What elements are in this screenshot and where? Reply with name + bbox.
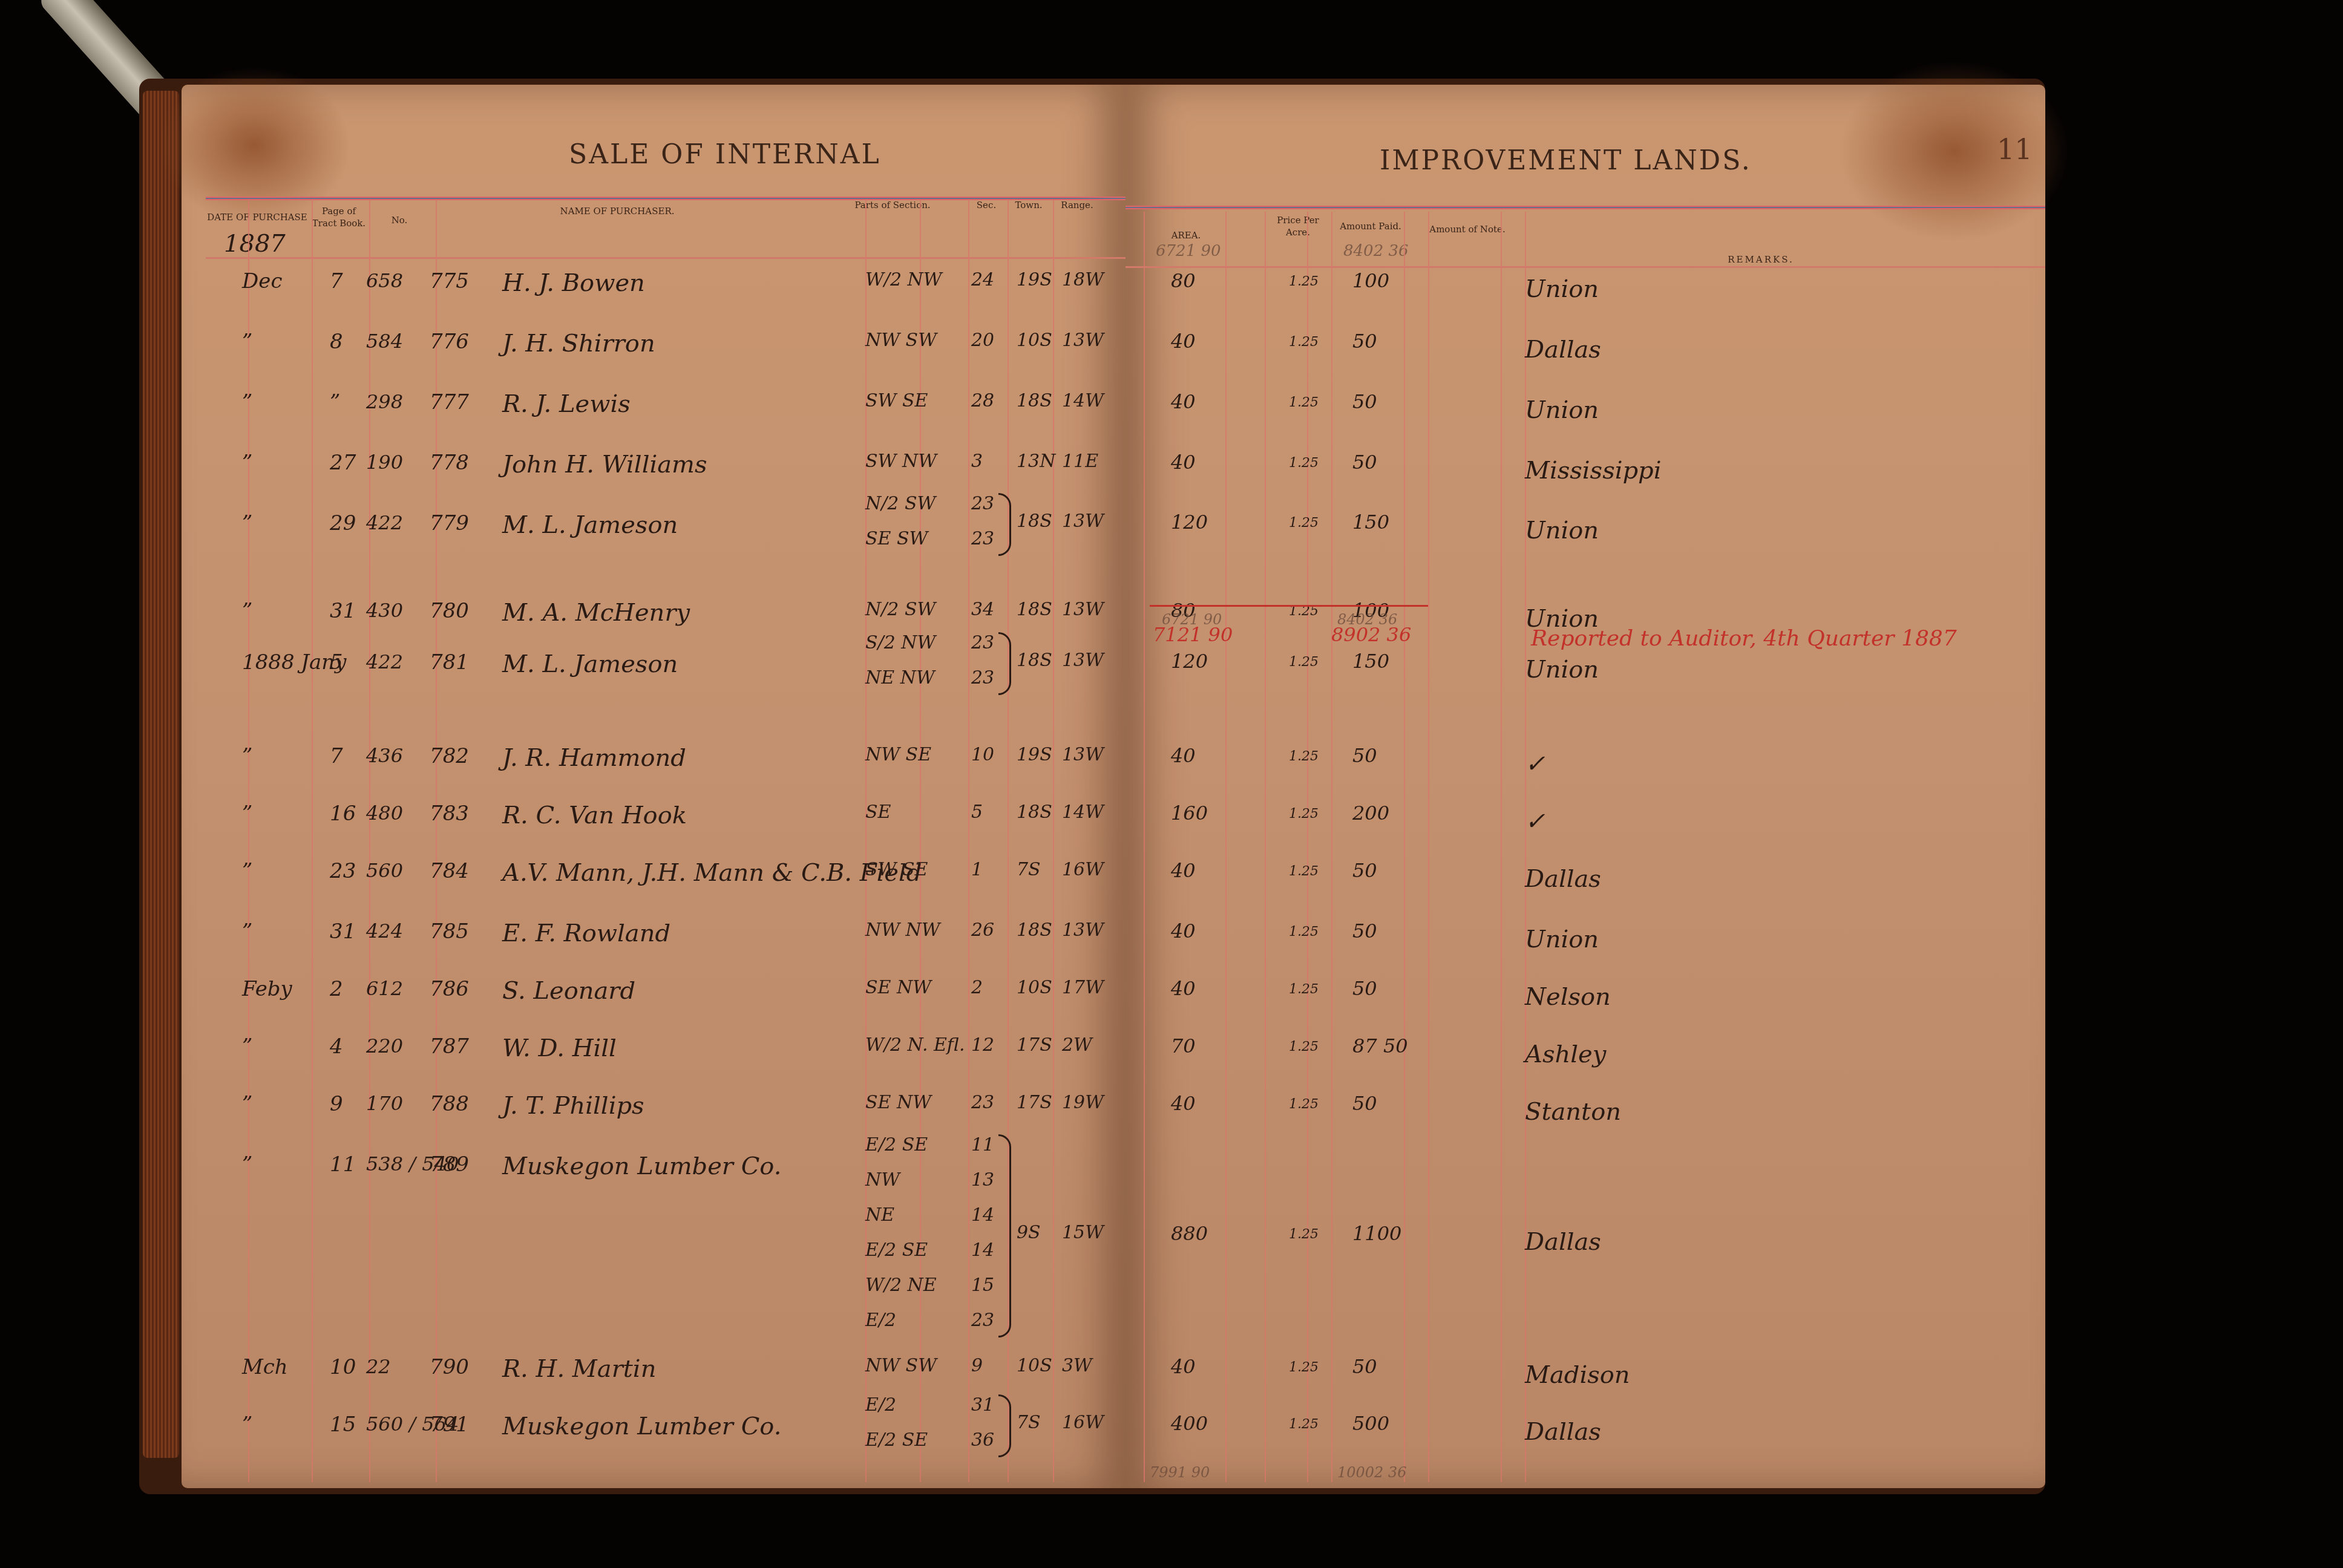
entry-purchaser-name: J. T. Phillips [502, 1092, 644, 1120]
entry-parts-of-section: NW SW [865, 330, 937, 351]
total-rule [1150, 605, 1428, 607]
entry-number: 782 [430, 744, 469, 768]
entry-section: 28 [971, 390, 994, 411]
entry-tract-page: 436 [366, 744, 403, 767]
entry-price-per-acre: 1.25 [1289, 395, 1319, 410]
entry-range: 13W [1062, 330, 1104, 351]
entry-price-per-acre: 1.25 [1289, 1097, 1319, 1112]
entry-amount-paid: 87 50 [1352, 1034, 1408, 1057]
entry-purchaser-name: J. R. Hammond [502, 744, 686, 772]
entry-number: 786 [430, 977, 469, 1001]
entry-day: 31 [330, 599, 356, 623]
entry-amount-paid: 50 [1352, 451, 1377, 474]
entry-town: 10S [1017, 330, 1052, 351]
page-edges [143, 91, 179, 1458]
entry-parts-of-section: SE NW [865, 977, 931, 998]
entry-day: 7 [330, 269, 343, 293]
entry-month: ” [242, 802, 252, 826]
entry-remark-county: Nelson [1525, 983, 1611, 1011]
entry-price-per-acre: 1.25 [1289, 924, 1319, 939]
entry-range: 14W [1062, 390, 1104, 411]
entry-remark-county: ✓ [1525, 808, 1545, 835]
entry-month: ” [242, 859, 252, 883]
brace-mark [998, 1134, 1011, 1338]
entry-number: 778 [430, 451, 469, 475]
entry-parts-of-section: W/2 NW [865, 269, 942, 290]
carried-area: 6721 90 [1156, 242, 1221, 260]
entry-area: 40 [1171, 1355, 1196, 1378]
entry-town: 10S [1017, 1355, 1052, 1376]
entry-remark-county: Madison [1525, 1361, 1630, 1389]
entry-purchaser-name: Muskegon Lumber Co. [502, 1152, 781, 1180]
entry-range: 13W [1062, 511, 1104, 532]
entry-section: 9 [971, 1355, 983, 1376]
title-left: SALE OF INTERNAL [569, 139, 881, 170]
entry-month: Mch [242, 1355, 288, 1379]
entry-purchaser-name: M. L. Jameson [502, 511, 678, 539]
entry-range: 19W [1062, 1092, 1104, 1113]
entry-area: 880 [1171, 1222, 1208, 1245]
header-parts: Parts of Section. [820, 200, 965, 212]
entry-day: 2 [330, 977, 343, 1001]
entry-number: 783 [430, 802, 469, 826]
entry-purchaser-name: A.V. Mann, J.H. Mann & C.B. Field [502, 859, 922, 887]
entry-tract-page: 424 [366, 920, 403, 942]
entry-parts-of-section: N/2 SW [865, 493, 936, 514]
entry-tract-page: 190 [366, 451, 403, 474]
header-paid: Amount Paid. [1334, 221, 1407, 233]
entry-price-per-acre: 1.25 [1289, 1360, 1319, 1375]
entry-range: 15W [1062, 1222, 1104, 1243]
brace-mark [998, 1394, 1011, 1457]
entry-price-per-acre: 1.25 [1289, 806, 1319, 822]
entry-area: 40 [1171, 977, 1196, 1000]
entry-number: 788 [430, 1092, 469, 1116]
entry-parts-of-section: S/2 NW [865, 632, 936, 653]
entry-purchaser-name: M. A. McHenry [502, 599, 690, 627]
total-area-red: 7121 90 [1153, 623, 1233, 646]
entry-range: 13W [1062, 920, 1104, 941]
entry-purchaser-name: Muskegon Lumber Co. [502, 1413, 781, 1440]
entry-price-per-acre: 1.25 [1289, 274, 1319, 289]
entry-amount-paid: 50 [1352, 920, 1377, 942]
entry-section: 2 [971, 977, 983, 998]
entry-tract-page: 584 [366, 330, 403, 353]
entry-remark-county: ✓ [1525, 750, 1545, 778]
entry-section: 12 [971, 1034, 994, 1056]
entry-month: ” [242, 1092, 252, 1116]
entry-month: Feby [242, 977, 292, 1001]
entry-amount-paid: 100 [1352, 269, 1389, 292]
entry-number: 791 [430, 1413, 469, 1437]
entry-tract-page: 612 [366, 977, 403, 1000]
entry-town: 18S [1017, 802, 1052, 823]
entry-town: 9S [1017, 1222, 1041, 1243]
entry-day: 15 [330, 1413, 356, 1437]
entry-area: 120 [1171, 511, 1208, 534]
entry-section: 31 [971, 1394, 994, 1416]
bottom-subtotal-paid: 10002 36 [1337, 1464, 1407, 1481]
entry-price-per-acre: 1.25 [1289, 456, 1319, 471]
entry-remark-county: Union [1525, 926, 1599, 953]
entry-price-per-acre: 1.25 [1289, 515, 1319, 531]
header-note: Amount of Note. [1428, 224, 1507, 236]
entry-range: 18W [1062, 269, 1104, 290]
entry-parts-of-section: SW NW [865, 451, 937, 472]
entry-number: 781 [430, 650, 469, 675]
entry-tract-page: 560 [366, 859, 403, 882]
entry-section: 5 [971, 802, 983, 823]
entry-day: 7 [330, 744, 343, 768]
entry-remark-county: Stanton [1525, 1098, 1621, 1126]
entry-section: 23 [971, 1310, 994, 1331]
entry-number: 777 [430, 390, 469, 414]
entry-tract-page: 422 [366, 511, 403, 534]
entry-remark-county: Mississippi [1525, 457, 1661, 485]
entry-tract-page: 220 [366, 1034, 403, 1057]
entry-range: 11E [1062, 451, 1098, 472]
entry-price-per-acre: 1.25 [1289, 1417, 1319, 1432]
entry-month: ” [242, 744, 252, 768]
entry-number: 787 [430, 1034, 469, 1059]
entry-day: 5 [330, 650, 343, 675]
entry-parts-of-section: NW SE [865, 744, 931, 765]
entry-section: 36 [971, 1429, 994, 1451]
entry-tract-page: 480 [366, 802, 403, 825]
entry-town: 19S [1017, 269, 1052, 290]
entry-range: 3W [1062, 1355, 1092, 1376]
entry-month: ” [242, 1034, 252, 1059]
entry-section: 23 [971, 632, 994, 653]
entry-day: 16 [330, 802, 356, 826]
entry-remark-county: Dallas [1525, 865, 1601, 893]
entry-parts-of-section: SW SE [865, 390, 928, 411]
entry-town: 19S [1017, 744, 1052, 765]
entry-tract-page: 22 [366, 1355, 391, 1378]
entry-range: 16W [1062, 1412, 1104, 1433]
entry-month: ” [242, 451, 252, 475]
entry-amount-paid: 150 [1352, 511, 1389, 534]
header-name: NAME OF PURCHASER. [436, 206, 799, 218]
entry-amount-paid: 50 [1352, 859, 1377, 882]
entry-town: 17S [1017, 1034, 1052, 1056]
entry-amount-paid: 500 [1352, 1412, 1389, 1435]
entry-area: 40 [1171, 744, 1196, 767]
entry-range: 2W [1062, 1034, 1092, 1056]
entry-town: 10S [1017, 977, 1052, 998]
entry-parts-of-section: SE NW [865, 1092, 931, 1113]
header-date: DATE OF PURCHASE [206, 212, 309, 224]
entry-remark-county: Dallas [1525, 1228, 1601, 1256]
entry-town: 7S [1017, 1412, 1041, 1433]
entry-town: 18S [1017, 650, 1052, 671]
entry-amount-paid: 50 [1352, 330, 1377, 353]
entry-purchaser-name: J. H. Shirron [502, 330, 655, 358]
entry-range: 16W [1062, 859, 1104, 880]
entry-section: 14 [971, 1204, 994, 1226]
entry-parts-of-section: NW [865, 1169, 900, 1191]
entry-price-per-acre: 1.25 [1289, 982, 1319, 997]
header-range: Range. [1053, 200, 1101, 212]
entry-tract-page: 430 [366, 599, 403, 622]
title-right: IMPROVEMENT LANDS. [1380, 145, 1752, 176]
header-price: Price Per Acre. [1265, 215, 1331, 238]
entry-parts-of-section: E/2 SE [865, 1134, 928, 1155]
entry-section: 14 [971, 1240, 994, 1261]
entry-amount-paid: 150 [1352, 650, 1389, 673]
entry-price-per-acre: 1.25 [1289, 864, 1319, 879]
entry-purchaser-name: H. J. Bowen [502, 269, 645, 297]
entry-area: 40 [1171, 390, 1196, 413]
entry-parts-of-section: W/2 N. Efl. [865, 1034, 965, 1056]
header-no: No. [369, 215, 430, 227]
total-paid-red: 8902 36 [1331, 623, 1411, 646]
entry-amount-paid: 50 [1352, 744, 1377, 767]
entry-tract-page: 170 [366, 1092, 403, 1115]
entry-month: ” [242, 1152, 252, 1177]
entry-number: 775 [430, 269, 469, 293]
entry-parts-of-section: NE NW [865, 667, 935, 688]
entry-remark-county: Union [1525, 275, 1599, 303]
entry-town: 17S [1017, 1092, 1052, 1113]
entry-day: 10 [330, 1355, 356, 1379]
entry-month: Dec [242, 269, 282, 293]
entry-amount-paid: 1100 [1352, 1222, 1401, 1245]
entry-range: 17W [1062, 977, 1104, 998]
entry-purchaser-name: R. J. Lewis [502, 390, 631, 418]
entry-range: 13W [1062, 744, 1104, 765]
entry-number: 776 [430, 330, 469, 354]
entry-day: 8 [330, 330, 343, 354]
entry-remark-county: Ashley [1525, 1040, 1606, 1068]
entry-area: 120 [1171, 650, 1208, 673]
entry-section: 26 [971, 920, 994, 941]
entry-parts-of-section: NW SW [865, 1355, 937, 1376]
entry-number: 790 [430, 1355, 469, 1379]
page-number: 11 [1997, 133, 2033, 166]
entry-remark-county: Dallas [1525, 336, 1601, 364]
quarter-report-remark: Reported to Auditor, 4th Quarter 1887 [1531, 626, 1957, 651]
entry-remark-county: Union [1525, 656, 1599, 684]
entry-parts-of-section: SE SW [865, 528, 928, 549]
entry-number: 784 [430, 859, 469, 883]
entry-area: 40 [1171, 1092, 1196, 1115]
entry-amount-paid: 50 [1352, 390, 1377, 413]
entry-day: 9 [330, 1092, 343, 1116]
entry-section: 23 [971, 667, 994, 688]
entry-town: 13N [1017, 451, 1055, 472]
header-town: Town. [1008, 200, 1050, 212]
entry-area: 40 [1171, 451, 1196, 474]
entry-area: 160 [1171, 802, 1208, 825]
entry-day: ” [330, 390, 340, 414]
entry-parts-of-section: SW SE [865, 859, 928, 880]
entry-parts-of-section: NE [865, 1204, 894, 1226]
entry-amount-paid: 50 [1352, 977, 1377, 1000]
entry-day: 4 [330, 1034, 343, 1059]
entry-price-per-acre: 1.25 [1289, 1227, 1319, 1242]
entry-range: 14W [1062, 802, 1104, 823]
header-sec: Sec. [968, 200, 1004, 212]
entry-area: 400 [1171, 1412, 1208, 1435]
entry-parts-of-section: SE [865, 802, 891, 823]
entry-range: 13W [1062, 599, 1104, 620]
entry-purchaser-name: R. H. Martin [502, 1355, 656, 1383]
entry-town: 18S [1017, 511, 1052, 532]
entry-purchaser-name: John H. Williams [502, 451, 707, 479]
entry-town: 7S [1017, 859, 1041, 880]
entry-section: 23 [971, 528, 994, 549]
entry-month: ” [242, 330, 252, 354]
entry-parts-of-section: W/2 NE [865, 1275, 937, 1296]
entry-section: 23 [971, 493, 994, 514]
year-header: 1887 [224, 230, 286, 258]
entry-purchaser-name: M. L. Jameson [502, 650, 678, 678]
entry-amount-paid: 200 [1352, 802, 1389, 825]
entry-section: 13 [971, 1169, 994, 1191]
entry-remark-county: Union [1525, 396, 1599, 424]
entry-area: 70 [1171, 1034, 1196, 1057]
entry-range: 13W [1062, 650, 1104, 671]
entry-purchaser-name: S. Leonard [502, 977, 635, 1005]
entry-price-per-acre: 1.25 [1289, 335, 1319, 350]
entry-purchaser-name: E. F. Rowland [502, 920, 670, 947]
brace-mark [998, 632, 1011, 695]
entry-parts-of-section: N/2 SW [865, 599, 936, 620]
entry-area: 40 [1171, 330, 1196, 353]
entry-day: 27 [330, 451, 356, 475]
entry-town: 18S [1017, 599, 1052, 620]
header-tract-page: Page of Tract Book. [312, 206, 366, 229]
entry-purchaser-name: R. C. Van Hook [502, 802, 687, 829]
entry-number: 785 [430, 920, 469, 944]
entry-section: 15 [971, 1275, 994, 1296]
entry-amount-paid: 50 [1352, 1355, 1377, 1378]
header-remarks: REMARKS. [1670, 254, 1852, 266]
entry-day: 31 [330, 920, 356, 944]
entry-price-per-acre: 1.25 [1289, 655, 1319, 670]
entry-purchaser-name: W. D. Hill [502, 1034, 617, 1062]
entry-section: 20 [971, 330, 994, 351]
entry-month: ” [242, 599, 252, 623]
entry-section: 3 [971, 451, 983, 472]
entry-price-per-acre: 1.25 [1289, 749, 1319, 764]
entry-remark-county: Dallas [1525, 1418, 1601, 1446]
bottom-subtotal-area: 7991 90 [1150, 1464, 1210, 1481]
entry-section: 1 [971, 859, 983, 880]
carried-paid: 8402 36 [1343, 242, 1409, 260]
entry-section: 34 [971, 599, 994, 620]
entry-town: 18S [1017, 920, 1052, 941]
entry-tract-page: 658 [366, 269, 403, 292]
entry-parts-of-section: E/2 SE [865, 1240, 928, 1261]
entry-number: 779 [430, 511, 469, 535]
entry-parts-of-section: E/2 [865, 1310, 896, 1331]
entry-day: 23 [330, 859, 356, 883]
entry-number: 780 [430, 599, 469, 623]
entry-day: 11 [330, 1152, 356, 1177]
entry-area: 40 [1171, 859, 1196, 882]
entry-price-per-acre: 1.25 [1289, 1039, 1319, 1054]
entry-area: 80 [1171, 269, 1196, 292]
entry-section: 24 [971, 269, 994, 290]
brace-mark [998, 493, 1011, 556]
entry-month: ” [242, 1413, 252, 1437]
entry-month: ” [242, 511, 252, 535]
entry-amount-paid: 50 [1352, 1092, 1377, 1115]
header-area: AREA. [1150, 230, 1222, 242]
entry-section: 10 [971, 744, 994, 765]
entry-tract-page: 422 [366, 650, 403, 673]
entry-tract-page: 298 [366, 390, 403, 413]
entry-month: ” [242, 920, 252, 944]
entry-section: 11 [971, 1134, 994, 1155]
entry-parts-of-section: E/2 SE [865, 1429, 928, 1451]
entry-parts-of-section: NW NW [865, 920, 940, 941]
entry-parts-of-section: E/2 [865, 1394, 896, 1416]
entry-day: 29 [330, 511, 356, 535]
entry-town: 18S [1017, 390, 1052, 411]
entry-section: 23 [971, 1092, 994, 1113]
entry-area: 40 [1171, 920, 1196, 942]
entry-remark-county: Union [1525, 517, 1599, 544]
entry-month: ” [242, 390, 252, 414]
entry-number: 789 [430, 1152, 469, 1177]
